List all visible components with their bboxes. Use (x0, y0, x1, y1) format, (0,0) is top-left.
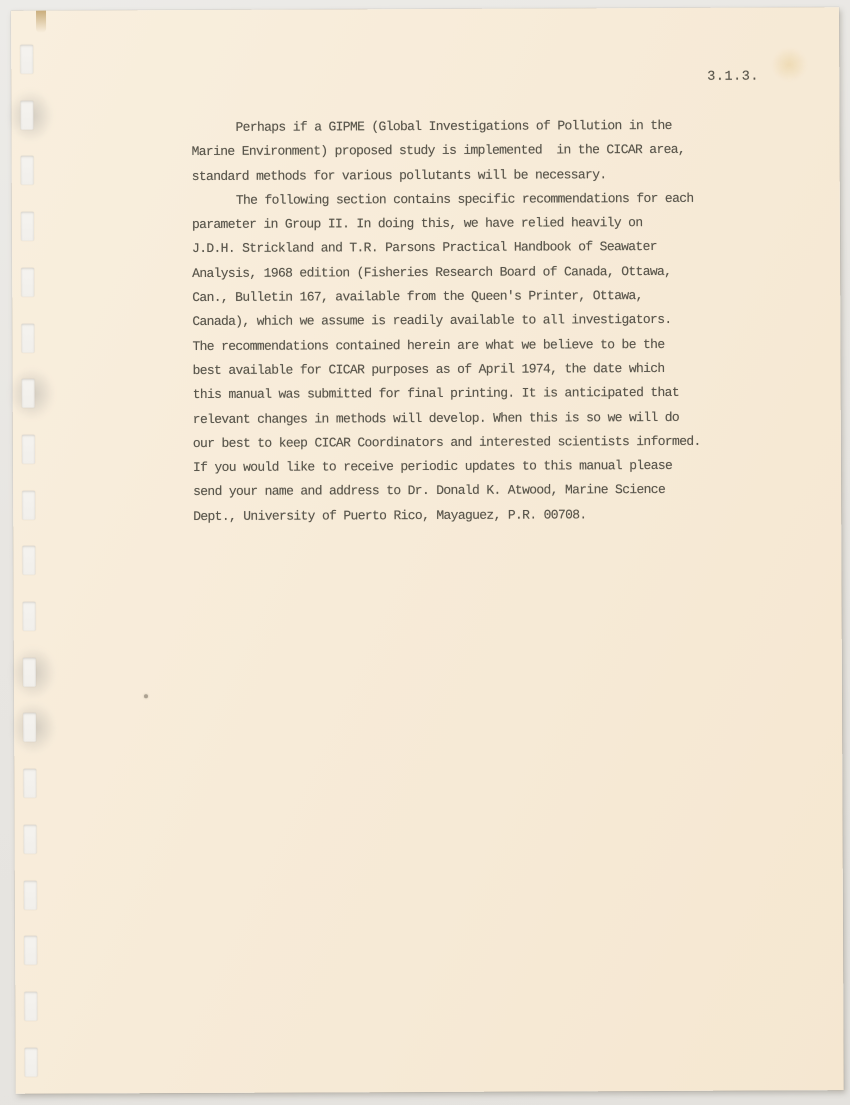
binder-hole (22, 379, 35, 408)
binder-hole (22, 546, 35, 575)
text-line: Perhaps if a GIPME (Global Investigation… (191, 113, 791, 140)
page-number: 3.1.3. (707, 69, 759, 87)
text-line: relevant changes in methods will develop… (193, 405, 793, 432)
binder-hole (21, 156, 34, 185)
text-line: If you would like to receive periodic up… (193, 454, 793, 481)
binder-hole (23, 713, 36, 742)
binder-hole (20, 45, 33, 74)
text-line: parameter in Group II. In doing this, we… (192, 211, 792, 238)
text-line: best available for CICAR purposes as of … (193, 356, 793, 383)
paper-stain (36, 11, 46, 33)
document-page: 3.1.3. Perhaps if a GIPME (Global Invest… (11, 7, 844, 1094)
text-line: send your name and address to Dr. Donald… (193, 478, 793, 505)
binder-hole (21, 212, 34, 241)
binder-holes (11, 7, 839, 11)
text-line: Dept., University of Puerto Rico, Mayagu… (193, 502, 793, 529)
binder-hole (24, 936, 37, 965)
text-line: The recommendations contained herein are… (192, 332, 792, 359)
text-line: Can., Bulletin 167, available from the Q… (192, 283, 792, 310)
binder-hole (23, 769, 36, 798)
binder-hole (21, 268, 34, 297)
binder-hole (23, 657, 36, 686)
binder-hole (21, 323, 34, 352)
binder-hole (25, 1047, 38, 1076)
binder-hole (24, 992, 37, 1021)
binder-hole (24, 824, 37, 853)
document-body: Perhaps if a GIPME (Global Investigation… (191, 113, 793, 529)
text-line: standard methods for various pollutants … (192, 162, 792, 189)
text-line: The following section contains specific … (192, 186, 792, 213)
scanned-document-background: { "document": { "page_number": "3.1.3.",… (0, 0, 850, 1105)
text-line: Marine Environment) proposed study is im… (192, 138, 792, 165)
text-line: our best to keep CICAR Coordinators and … (193, 429, 793, 456)
binder-hole (22, 435, 35, 464)
paper-speck (144, 694, 148, 698)
text-line: this manual was submitted for final prin… (193, 381, 793, 408)
binder-hole (22, 490, 35, 519)
text-line: Analysis, 1968 edition (Fisheries Resear… (192, 259, 792, 286)
binder-hole (20, 100, 33, 129)
binder-hole (24, 880, 37, 909)
text-line: J.D.H. Strickland and T.R. Parsons Pract… (192, 235, 792, 262)
text-line: Canada), which we assume is readily avai… (192, 308, 792, 335)
paper-stain (771, 47, 807, 81)
binder-hole (23, 602, 36, 631)
